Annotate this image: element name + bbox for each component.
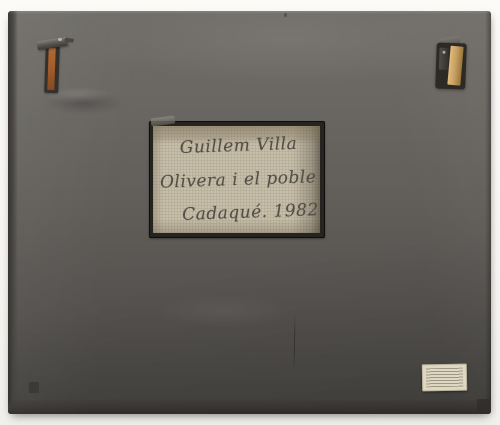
hanging-hardware-left bbox=[34, 29, 78, 95]
frame-top-edge bbox=[8, 11, 491, 14]
backing-slit-left bbox=[44, 45, 60, 93]
stretcher-wood-left bbox=[47, 48, 55, 90]
speck-top-edge bbox=[284, 13, 287, 17]
metal-glint-left bbox=[58, 38, 62, 41]
scratch-mark bbox=[294, 315, 296, 370]
painting-frame-back: Guillem Villa Olivera i el poble Cadaqué… bbox=[8, 11, 491, 414]
stretcher-wood-right bbox=[447, 46, 463, 86]
info-label bbox=[422, 364, 467, 392]
canvas-back: Guillem Villa Olivera i el poble Cadaqué… bbox=[153, 126, 320, 233]
frame-bottom-edge bbox=[8, 400, 491, 414]
hanging-hardware-right bbox=[432, 33, 474, 95]
photo-backdrop: Guillem Villa Olivera i el poble Cadaqué… bbox=[0, 0, 500, 425]
frame-left-edge bbox=[8, 11, 18, 414]
canvas-cutout-window: Guillem Villa Olivera i el poble Cadaqué… bbox=[149, 121, 325, 238]
backing-hole-right bbox=[435, 42, 467, 89]
frame-right-edge bbox=[485, 11, 491, 414]
metal-glint-right bbox=[442, 51, 445, 54]
handwritten-inscription: Guillem Villa Olivera i el poble Cadaqué… bbox=[151, 123, 322, 236]
cutout-torn-edge bbox=[151, 116, 176, 127]
inscription-place-year: Cadaqué. 1982 bbox=[182, 200, 319, 225]
inscription-artist: Guillem Villa bbox=[180, 134, 298, 158]
dark-patch-bottom-left bbox=[29, 382, 39, 393]
info-label-fine-print bbox=[426, 368, 463, 388]
dark-patch-bottom-right bbox=[477, 399, 490, 412]
inscription-title: Olivera i el poble bbox=[160, 167, 317, 192]
